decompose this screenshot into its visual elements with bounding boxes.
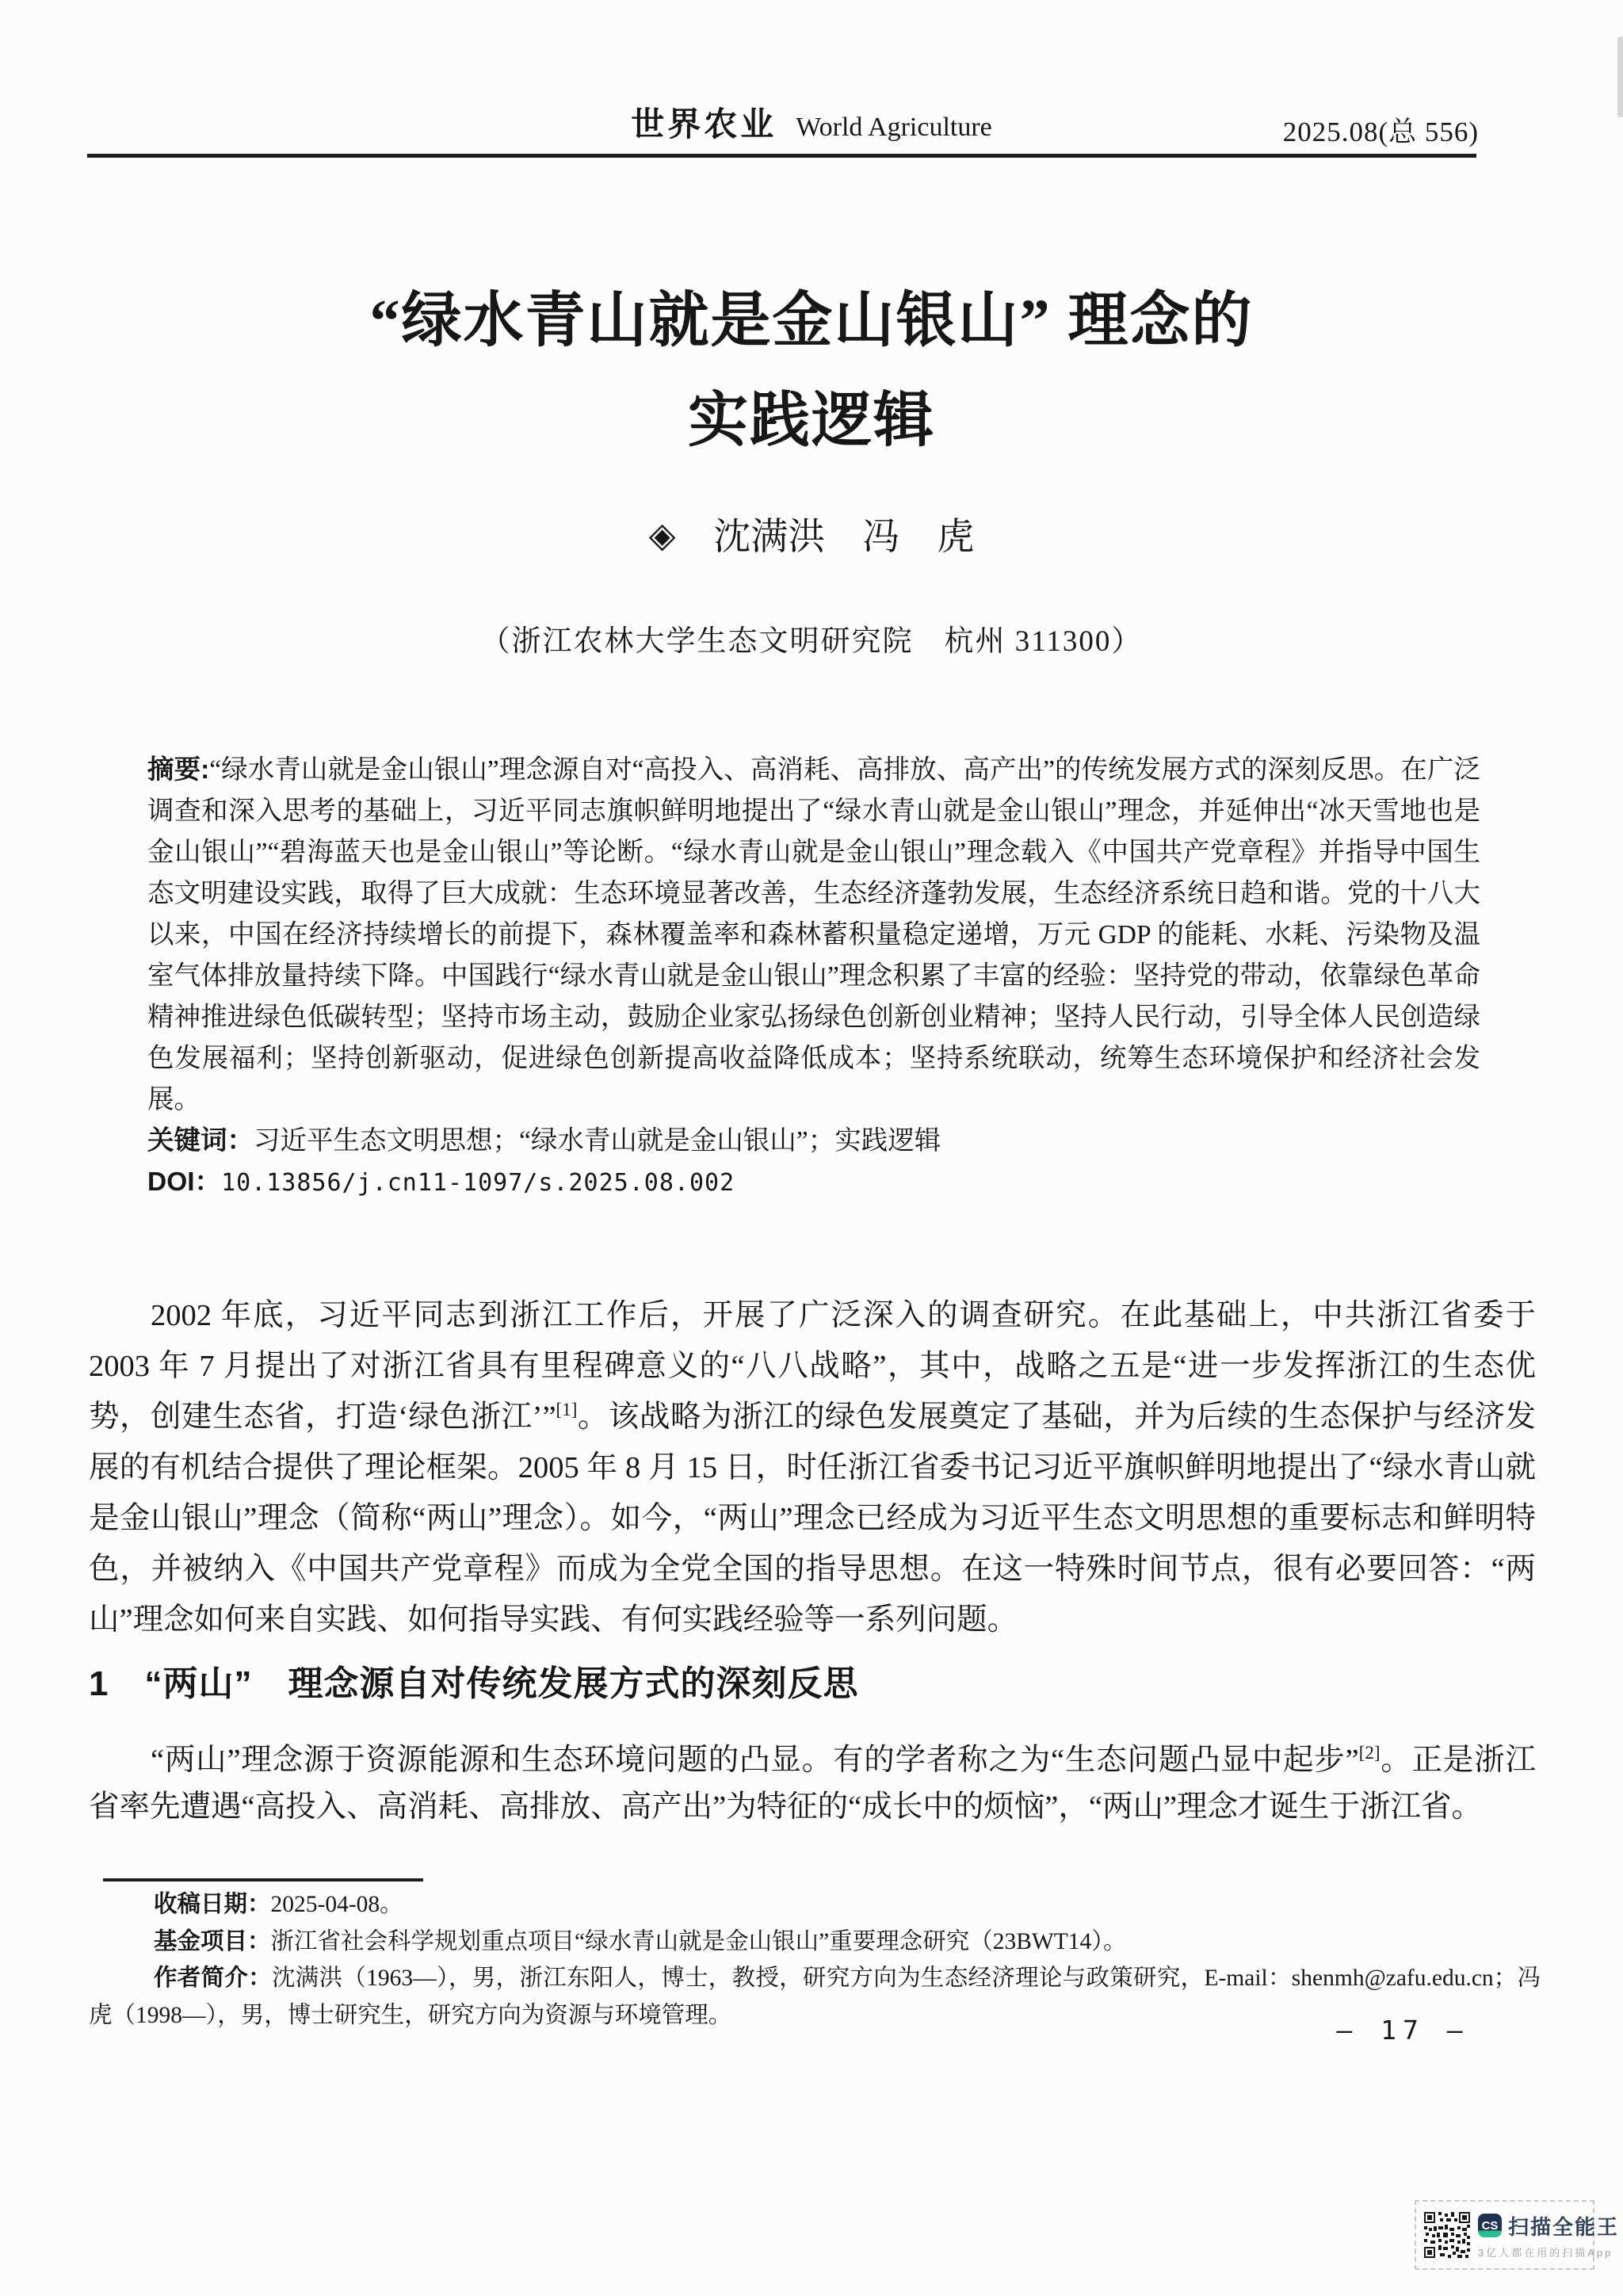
abstract-text: “绿水青山就是金山银山”理念源自对“高投入、高消耗、高排放、高产出”的传统发展方… bbox=[147, 755, 1480, 1114]
header-rule bbox=[87, 154, 1476, 158]
footnote-fund-project: 基金项目：浙江省社会科学规划重点项目“绿水青山就是金山银山”重要理念研究（23B… bbox=[89, 1924, 1541, 1961]
body-section-1: “两山”理念源于资源能源和生态环境问题的凸显。有的学者称之为“生态问题凸显中起步… bbox=[89, 1737, 1536, 1831]
abstract-block: 摘要:“绿水青山就是金山银山”理念源自对“高投入、高消耗、高排放、高产出”的传统… bbox=[147, 750, 1480, 1204]
footnote-received-date: 收稿日期：2025-04-08。 bbox=[89, 1886, 1541, 1924]
issue-number: 2025.08(总 556) bbox=[1283, 110, 1479, 150]
watermark-brand-row: CS 扫描全能王 bbox=[1478, 2211, 1619, 2241]
keywords-line: 关键词：习近平生态文明思想；“绿水青山就是金山银山”；实践逻辑 bbox=[147, 1121, 1480, 1162]
article-title: “绿水青山就是金山银山” 理念的 实践逻辑 bbox=[0, 271, 1623, 471]
qr-code-icon bbox=[1424, 2212, 1470, 2258]
doi-value: 10.13856/j.cn11-1097/s.2025.08.002 bbox=[221, 1169, 735, 1197]
article-title-line1: “绿水青山就是金山银山” 理念的 bbox=[0, 271, 1623, 371]
footnote-label: 收稿日期： bbox=[154, 1891, 271, 1917]
watermark-text-column: CS 扫描全能王 3亿人都在用的扫描App bbox=[1478, 2211, 1619, 2260]
body-section-intro: 2002 年底，习近平同志到浙江工作后，开展了广泛深入的调查研究。在此基础上，中… bbox=[89, 1290, 1536, 1645]
footnotes: 收稿日期：2025-04-08。 基金项目：浙江省社会科学规划重点项目“绿水青山… bbox=[89, 1886, 1541, 2034]
doi-label: DOI： bbox=[147, 1167, 221, 1197]
footnote-label: 作者简介： bbox=[154, 1965, 272, 1991]
doi-line: DOI：10.13856/j.cn11-1097/s.2025.08.002 bbox=[147, 1162, 1480, 1204]
citation-ref-2: [2] bbox=[1359, 1743, 1381, 1763]
affiliation: （浙江农林大学生态文明研究院 杭州 311300） bbox=[0, 617, 1623, 659]
abstract-paragraph: 摘要:“绿水青山就是金山银山”理念源自对“高投入、高消耗、高排放、高产出”的传统… bbox=[147, 750, 1480, 1121]
intro-paragraph: 2002 年底，习近平同志到浙江工作后，开展了广泛深入的调查研究。在此基础上，中… bbox=[89, 1290, 1536, 1645]
camscanner-logo-icon: CS bbox=[1478, 2214, 1502, 2237]
page-number: — 17 — bbox=[1308, 2015, 1498, 2046]
section-heading-1: 1 “两山” 理念源自对传统发展方式的深刻反思 bbox=[89, 1655, 1536, 1706]
footnote-rule bbox=[103, 1878, 423, 1881]
keywords-text: 习近平生态文明思想；“绿水青山就是金山银山”；实践逻辑 bbox=[254, 1126, 941, 1156]
footnote-text: 2025-04-08。 bbox=[271, 1892, 403, 1917]
watermark-app-name: 扫描全能王 bbox=[1508, 2211, 1619, 2241]
journal-name-cn: 世界农业 bbox=[631, 107, 777, 143]
diamond-icon: ◈ bbox=[649, 516, 676, 555]
byline: ◈ 沈满洪 冯 虎 bbox=[0, 507, 1623, 560]
section-1-paragraph: “两山”理念源于资源能源和生态环境问题的凸显。有的学者称之为“生态问题凸显中起步… bbox=[89, 1737, 1536, 1831]
article-title-line2: 实践逻辑 bbox=[0, 371, 1623, 471]
author-names: 沈满洪 冯 虎 bbox=[713, 517, 974, 558]
intro-paragraph-text-b: 。该战略为浙江的绿色发展奠定了基础，并为后续的生态保护与经济发展的有机结合提供了… bbox=[89, 1400, 1536, 1637]
journal-page: 世界农业 World Agriculture 2025.08(总 556) “绿… bbox=[0, 0, 1623, 2296]
citation-ref-1: [1] bbox=[556, 1400, 578, 1419]
abstract-label: 摘要: bbox=[147, 755, 209, 785]
keywords-label: 关键词： bbox=[147, 1126, 254, 1156]
watermark-tagline: 3亿人都在用的扫描App bbox=[1478, 2244, 1619, 2260]
journal-name-en: World Agriculture bbox=[796, 113, 991, 142]
section-1-text-a: “两山”理念源于资源能源和生态环境问题的凸显。有的学者称之为“生态问题凸显中起步… bbox=[151, 1744, 1359, 1777]
footnote-text: 浙江省社会科学规划重点项目“绿水青山就是金山银山”重要理念研究（23BWT14）… bbox=[271, 1929, 1127, 1954]
scanner-watermark: CS 扫描全能王 3亿人都在用的扫描App bbox=[1415, 2200, 1594, 2270]
footnote-label: 基金项目： bbox=[154, 1928, 271, 1954]
scan-edge-artifact bbox=[1617, 36, 1623, 117]
